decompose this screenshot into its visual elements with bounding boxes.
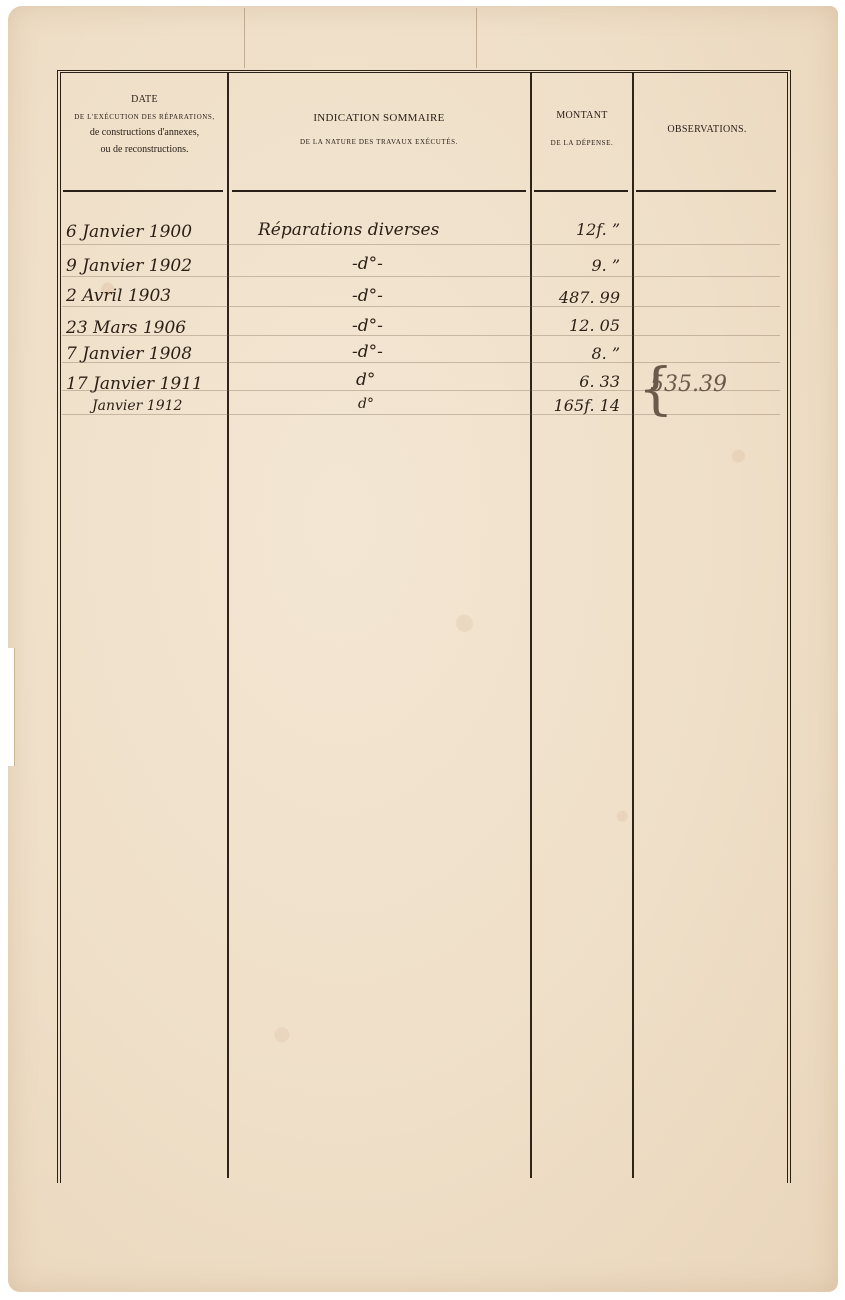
header-rule	[636, 190, 776, 192]
row-date: 2 Avril 1903	[66, 286, 171, 306]
row-date: 9 Janvier 1902	[66, 256, 192, 276]
ruled-line	[62, 244, 780, 245]
column-divider	[632, 73, 634, 1178]
observations-total: 535.39	[650, 372, 727, 397]
row-amount: 165f. 14	[530, 396, 620, 415]
header-nature-subtitle: de la nature des travaux exécutés.	[229, 138, 529, 146]
paper-crease	[244, 8, 245, 68]
header-amount-title: MONTANT	[532, 110, 632, 121]
row-date: 23 Mars 1906	[66, 318, 186, 338]
header-date-line1: de l'exécution des réparations,	[62, 113, 227, 121]
row-amount: 6. 33	[530, 372, 620, 391]
row-nature: -d°-	[352, 316, 383, 336]
row-nature: -d°-	[352, 254, 383, 274]
row-amount: 8. ”	[530, 344, 620, 363]
row-nature: -d°-	[352, 342, 383, 362]
header-date-line3: ou de reconstructions.	[62, 144, 227, 155]
header-observations-title: OBSERVATIONS.	[634, 124, 780, 135]
header-amount-subtitle: de la dépense.	[532, 139, 632, 147]
ruled-line	[62, 276, 780, 277]
row-amount: 12f. ”	[530, 220, 620, 239]
header-rule	[232, 190, 526, 192]
header-date-title: DATE	[62, 94, 227, 105]
row-date: Janvier 1912	[92, 398, 182, 414]
header-nature: INDICATION SOMMAIRE de la nature des tra…	[229, 78, 529, 188]
row-amount: 9. ”	[530, 256, 620, 275]
ruled-line	[62, 306, 780, 307]
paper-crease	[476, 8, 477, 68]
header-nature-title: INDICATION SOMMAIRE	[229, 112, 529, 124]
torn-edge	[0, 648, 15, 766]
header-observations: OBSERVATIONS.	[634, 78, 780, 188]
header-amount: MONTANT de la dépense.	[532, 78, 632, 188]
row-amount: 12. 05	[530, 316, 620, 335]
header-date-line2: de constructions d'annexes,	[62, 127, 227, 138]
header-rule	[534, 190, 628, 192]
row-date: 6 Janvier 1900	[66, 222, 192, 242]
row-date: 17 Janvier 1911	[66, 374, 203, 394]
column-divider	[227, 73, 229, 1178]
row-nature: -d°-	[352, 286, 383, 306]
row-amount: 487. 99	[530, 288, 620, 307]
row-date: 7 Janvier 1908	[66, 344, 192, 364]
row-nature: d°	[356, 370, 375, 390]
row-nature: Réparations diverses	[258, 220, 439, 240]
header-date: DATE de l'exécution des réparations, de …	[62, 78, 227, 188]
header-rule	[63, 190, 223, 192]
row-nature: d°	[358, 396, 374, 412]
